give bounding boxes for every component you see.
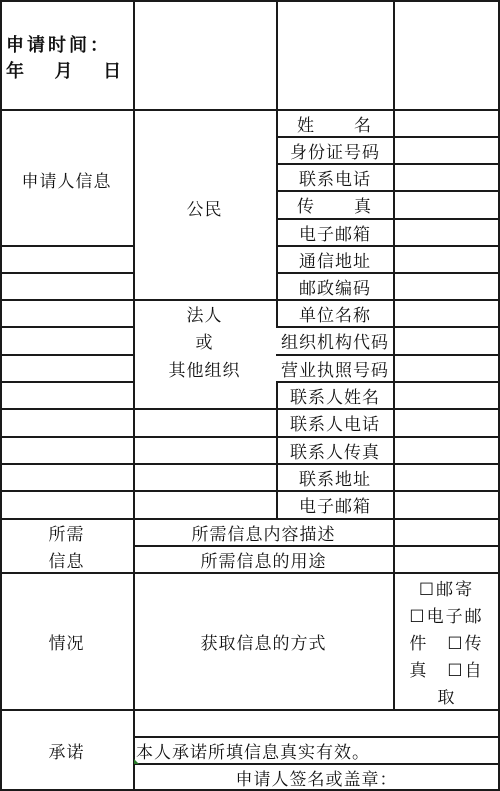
org-field-contact-address-label: 联系地址	[277, 464, 393, 490]
citizen-fax-input[interactable]	[395, 191, 498, 218]
border-right	[498, 0, 500, 791]
org-contact-fax-input[interactable]	[395, 437, 498, 463]
row-rule	[0, 299, 133, 301]
info-description-input[interactable]	[395, 519, 498, 545]
citizen-id-input[interactable]	[395, 137, 498, 163]
organization-label-line-2: 或	[133, 327, 276, 354]
citizen-label: 公民	[133, 193, 276, 221]
org-field-license-label: 营业执照号码	[262, 355, 408, 381]
org-field-unit-name-label: 单位名称	[277, 300, 393, 326]
org-contact-address-input[interactable]	[395, 464, 498, 490]
org-field-org-code-label: 组织机构代码	[262, 327, 408, 354]
org-license-input[interactable]	[408, 355, 498, 381]
delivery-option-pickup-checkbox[interactable]: 真 ☐自	[395, 655, 498, 681]
row-rule	[0, 326, 133, 328]
row-rule	[0, 436, 276, 438]
signature-label: 申请人签名或盖章：	[134, 764, 499, 790]
org-field-email-label: 电子邮箱	[277, 491, 393, 518]
delivery-option-email-checkbox[interactable]: ☐电子邮	[395, 601, 498, 627]
delivery-option-mail-checkbox[interactable]: ☐邮寄	[395, 574, 498, 600]
row-rule	[0, 272, 133, 274]
citizen-field-name-label: 姓 名	[277, 110, 393, 136]
delivery-option-pickup-continued: 取	[395, 682, 498, 708]
row-rule	[0, 245, 133, 247]
org-code-input[interactable]	[408, 327, 498, 354]
org-field-contact-fax-label: 联系人传真	[277, 437, 393, 463]
citizen-postcode-input[interactable]	[395, 273, 498, 299]
organization-label-line-3: 其他组织	[133, 355, 276, 381]
commitment-blank-row[interactable]	[135, 710, 498, 736]
col-divider-1	[133, 0, 135, 791]
row-rule	[0, 408, 276, 410]
info-purpose-input[interactable]	[395, 546, 498, 572]
application-time-input[interactable]	[135, 2, 275, 108]
org-email-input[interactable]	[395, 491, 498, 518]
info-purpose-label: 所需信息的用途	[134, 546, 393, 572]
citizen-phone-input[interactable]	[395, 164, 498, 190]
header-blank-cell[interactable]	[395, 2, 498, 108]
header-blank-cell[interactable]	[278, 2, 392, 108]
required-info-label-line-2: 信息	[0, 546, 133, 572]
border-left	[0, 0, 2, 791]
application-time-label: 申请时间：	[6, 32, 111, 56]
application-date-placeholder: 年 月 日	[6, 58, 127, 82]
commitment-label: 承诺	[0, 736, 133, 764]
citizen-field-address-label: 通信地址	[277, 246, 393, 272]
org-contact-phone-input[interactable]	[395, 409, 498, 436]
citizen-field-phone-label: 联系电话	[277, 164, 393, 190]
citizen-field-email-label: 电子邮箱	[277, 219, 393, 245]
delivery-method-label: 获取信息的方式	[134, 627, 393, 655]
required-info-label-line-3: 情况	[0, 627, 133, 655]
citizen-field-postcode-label: 邮政编码	[277, 273, 393, 299]
required-info-label-line-1: 所需	[0, 519, 133, 545]
org-contact-name-input[interactable]	[395, 382, 498, 408]
citizen-email-input[interactable]	[395, 219, 498, 245]
citizen-name-input[interactable]	[395, 110, 498, 136]
commitment-statement: 本人承诺所填信息真实有效。	[136, 737, 370, 763]
org-unit-name-input[interactable]	[395, 300, 498, 326]
org-field-contact-phone-label: 联系人电话	[277, 409, 393, 436]
row-rule	[0, 381, 133, 383]
citizen-field-id-label: 身份证号码	[277, 137, 393, 163]
applicant-info-label: 申请人信息	[0, 165, 133, 193]
delivery-option-fax-checkbox[interactable]: 件 ☐传	[395, 628, 498, 654]
org-field-contact-name-label: 联系人姓名	[277, 382, 393, 408]
row-rule	[0, 354, 133, 356]
citizen-field-fax-label: 传 真	[277, 191, 393, 218]
organization-label-line-1: 法人	[133, 300, 276, 326]
info-description-label: 所需信息内容描述	[134, 519, 393, 545]
row-rule	[0, 490, 276, 492]
citizen-address-input[interactable]	[395, 246, 498, 272]
row-rule	[0, 463, 276, 465]
